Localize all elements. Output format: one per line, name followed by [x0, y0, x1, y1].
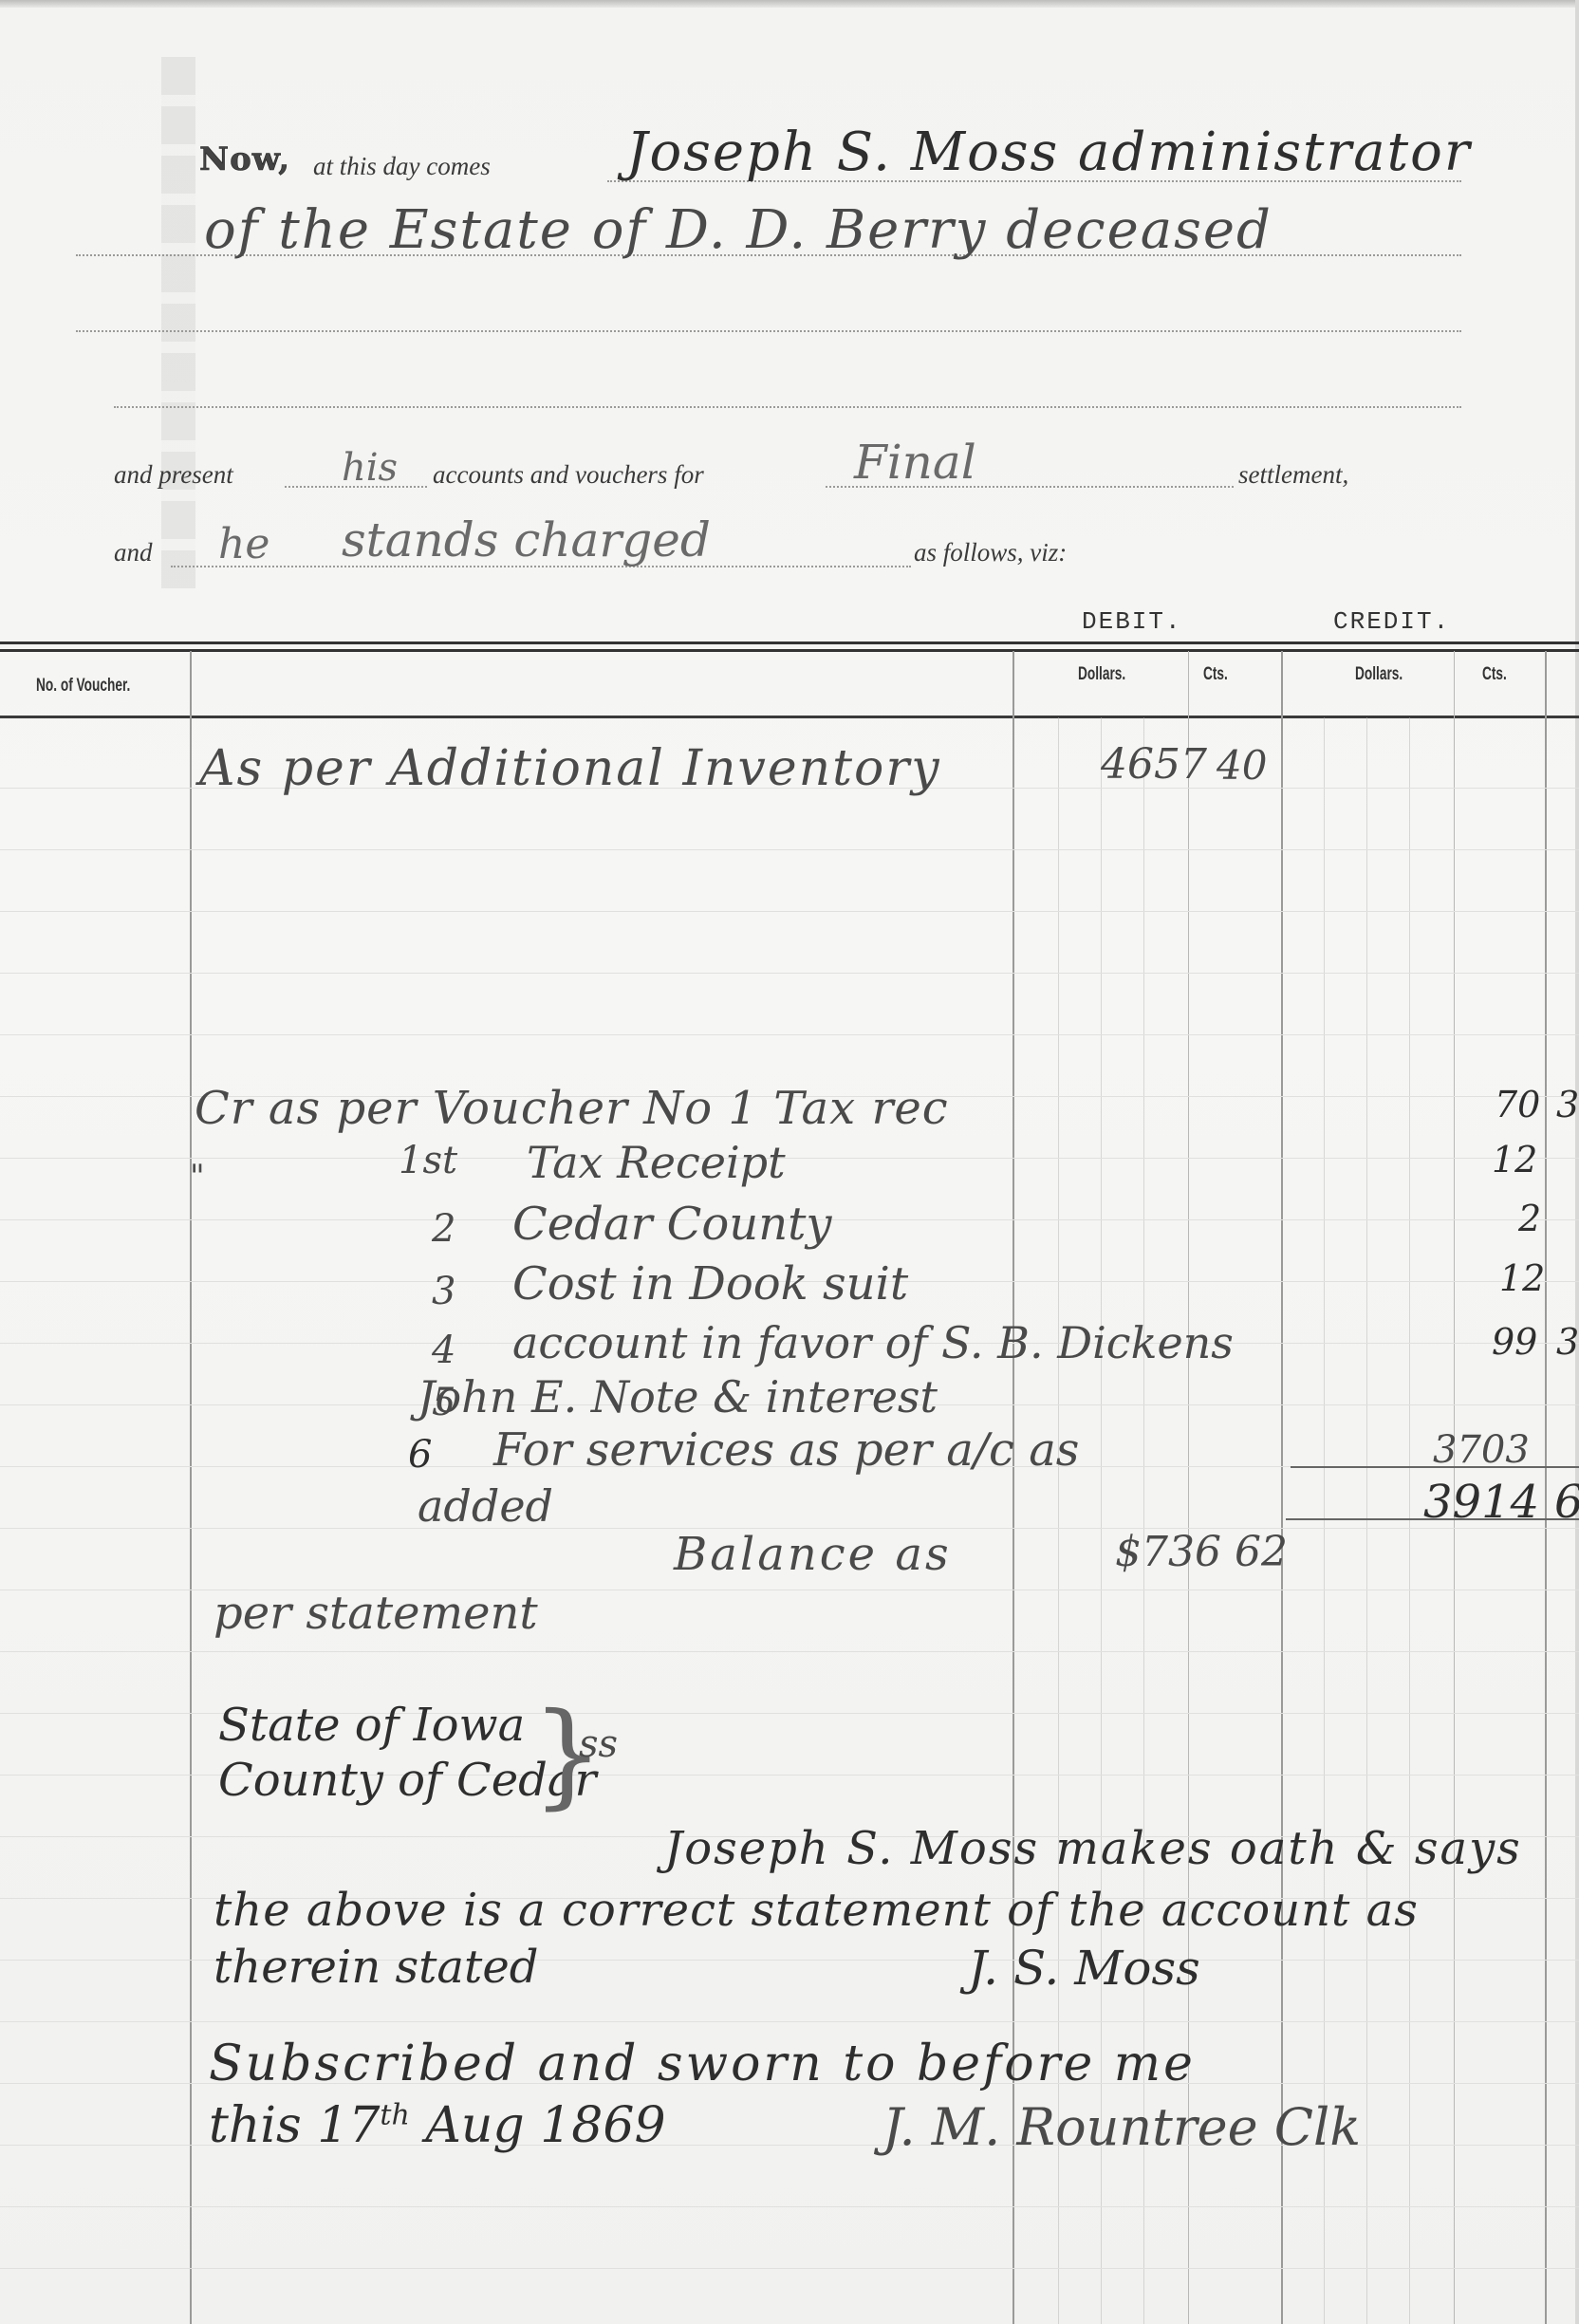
entry-description: Cr as per Voucher No 1 Tax rec [195, 1082, 949, 1135]
entry-credit-dollars: 3914 [1423, 1476, 1539, 1529]
oath-line-1: Joseph S. Moss makes oath & says [664, 1822, 1522, 1875]
ruled-row [0, 2206, 1579, 2207]
jurat-line-2: this 17th Aug 1869 [209, 2097, 666, 2154]
ruled-row [0, 2021, 1579, 2022]
paper-right-edge [1575, 0, 1579, 2324]
entry-description: As per Additional Inventory [199, 740, 941, 797]
entry-credit-dollars: 12 [1492, 1139, 1537, 1181]
debit-cents-header: Cts. [1203, 664, 1228, 685]
entry-description: John E. Note & interest [418, 1371, 938, 1422]
venue-state: State of Iowa [218, 1699, 525, 1752]
entry-credit-cents: 3 [1556, 1321, 1579, 1363]
intro-text: at this day comes [313, 152, 491, 181]
entry-credit-dollars: 70 [1495, 1084, 1540, 1125]
voucher-column-divider [190, 651, 192, 2324]
jurat-date-ordinal: th [380, 2099, 409, 2132]
handwritten-stands-charged: stands charged [342, 512, 711, 567]
entry-voucher-ditto: " [190, 1158, 205, 1196]
handwritten-stands-pronoun: he [218, 520, 269, 568]
entry-credit-dollars: 12 [1499, 1257, 1545, 1299]
balance-label: Balance as [674, 1528, 952, 1581]
blank-field-line-2 [114, 406, 1461, 408]
credit-cents-header: Cts. [1482, 664, 1507, 685]
entry-debit-dollars: 4657 [1101, 740, 1207, 789]
clerk-signature: J. M. Rountree Clk [882, 2097, 1361, 2157]
ruled-row [0, 1034, 1579, 1035]
subtotal-rule [1291, 1466, 1579, 1468]
ruled-row [0, 849, 1579, 850]
entry-sub-number: 3 [432, 1270, 455, 1313]
entry-description: Tax Receipt [527, 1137, 786, 1188]
handwritten-estate-line: of the Estate of D. D. Berry deceased [204, 199, 1272, 261]
entry-description: For services as per a/c as [493, 1423, 1079, 1477]
entry-sub-number: 4 [432, 1329, 455, 1372]
paper-top-edge [0, 0, 1579, 8]
document-page: Now, at this day comes Joseph S. Moss ad… [0, 0, 1579, 2324]
ruled-row [0, 973, 1579, 974]
accounts-vouchers-text: accounts and vouchers for [433, 460, 704, 490]
entry-description: account in favor of S. B. Dickens [512, 1317, 1234, 1368]
oath-line-2: the above is a correct statement of the … [214, 1884, 1419, 1937]
ruled-row [0, 911, 1579, 912]
blank-field-line-1 [76, 330, 1461, 332]
ruled-row [0, 2268, 1579, 2269]
entry-debit-cents: 40 [1217, 742, 1267, 789]
credit-dollars-header: Dollars. [1355, 664, 1403, 685]
credit-header: CREDIT. [1333, 607, 1450, 636]
balance-value: $736 62 [1115, 1528, 1288, 1576]
debit-credit-divider [1281, 651, 1283, 2324]
jurat-line-1: Subscribed and sworn to before me [209, 2036, 1196, 2092]
voucher-column-header: No. of Voucher. [36, 676, 130, 697]
entry-credit-cents: 6 [1554, 1476, 1579, 1529]
oath-line-3: therein stated [214, 1941, 538, 1994]
and-present-label: and present [114, 460, 233, 490]
right-border-divider [1545, 651, 1547, 2324]
as-follows-text: as follows, viz: [914, 538, 1067, 567]
entry-description: Cost in Dook suit [512, 1257, 908, 1311]
entry-sub-number: 1st [399, 1139, 457, 1182]
and-label: and [114, 538, 153, 567]
jurat-date-suffix: Aug 1869 [425, 2097, 665, 2154]
total-rule [1286, 1518, 1579, 1520]
ruled-row [0, 1651, 1579, 1652]
handwritten-administrator-name: Joseph S. Moss administrator [626, 121, 1472, 183]
settlement-text: settlement, [1238, 460, 1348, 490]
jurat-date-prefix: this 17 [209, 2097, 380, 2154]
entry-description: Cedar County [512, 1198, 832, 1251]
ruled-row [0, 1158, 1579, 1159]
debit-header: DEBIT. [1082, 607, 1182, 636]
entry-credit-dollars: 2 [1518, 1198, 1541, 1239]
venue-ss: ss [579, 1722, 618, 1766]
table-header-bottom-rule [0, 716, 1579, 718]
oath-signature: J. S. Moss [968, 1941, 1200, 1996]
entry-sub-number: 2 [432, 1207, 455, 1251]
debit-dollars-header: Dollars. [1078, 664, 1125, 685]
entry-credit-cents: 3 [1556, 1084, 1579, 1125]
entry-description: added [418, 1480, 553, 1532]
table-top-double-rule [0, 641, 1579, 652]
handwritten-pronoun: his [342, 446, 398, 490]
balance-suffix: per statement [214, 1587, 538, 1640]
handwritten-settlement-type: Final [854, 435, 976, 490]
entry-sub-number: 6 [408, 1433, 432, 1477]
now-heading: Now, [199, 140, 290, 178]
entry-credit-dollars: 99 [1492, 1321, 1537, 1363]
bleed-through-stamp [161, 57, 195, 588]
